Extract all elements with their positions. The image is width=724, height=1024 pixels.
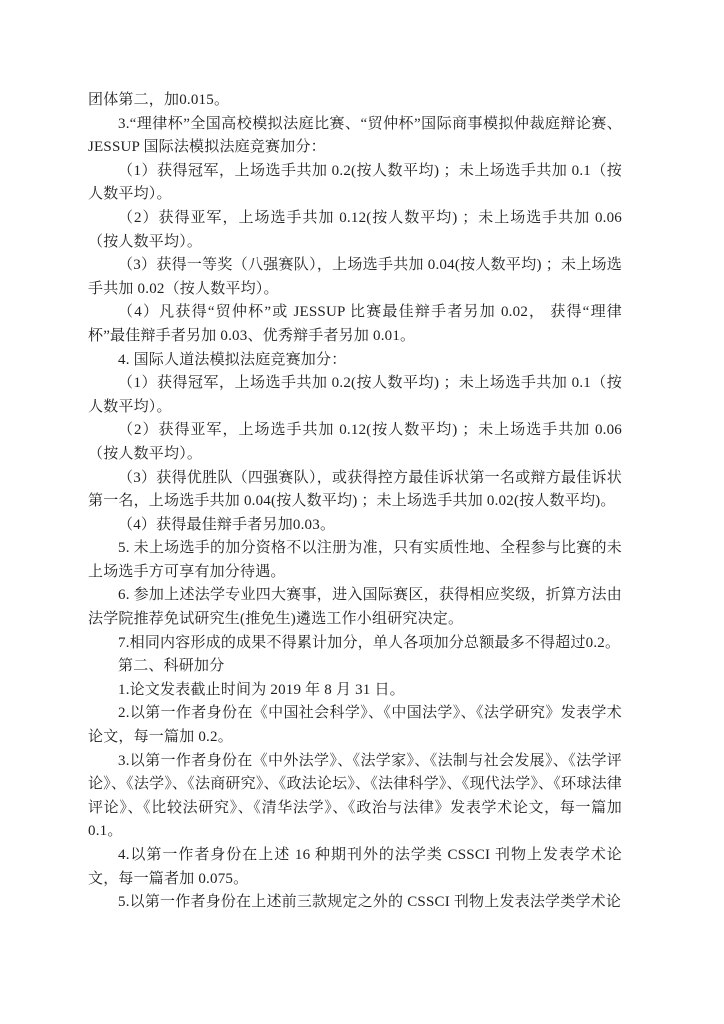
paragraph: （3）获得一等奖（八强赛队），上场选手共加 0.04(按人数平均) ；未上场选手… <box>88 254 622 301</box>
paragraph: （3）获得优胜队（四强赛队），或获得控方最佳诉状第一名或辩方最佳诉状第一名，上场… <box>88 467 622 514</box>
paragraph: （4）凡获得“贸仲杯”或 JESSUP 比赛最佳辩手者另加 0.02， 获得“理… <box>88 301 622 348</box>
paragraph: 1.论文发表截止时间为 2019 年 8 月 31 日。 <box>88 679 622 703</box>
paragraph: 团体第二，加0.015。 <box>88 89 622 113</box>
document-page: 团体第二，加0.015。3.“理律杯”全国高校模拟法庭比赛、“贸仲杯”国际商事模… <box>0 0 724 1024</box>
paragraph: （2）获得亚军，上场选手共加 0.12(按人数平均) ；未上场选手共加 0.06… <box>88 419 622 466</box>
paragraph: （2）获得亚军，上场选手共加 0.12(按人数平均) ；未上场选手共加 0.06… <box>88 207 622 254</box>
paragraph: 3.以第一作者身份在《中外法学》、《法学家》、《法制与社会发展》、《法学评论》、… <box>88 750 622 844</box>
paragraph: （4）获得最佳辩手者另加0.03。 <box>88 514 622 538</box>
section-heading: 第二、科研加分 <box>88 655 622 679</box>
paragraph: 4.以第一作者身份在上述 16 种期刊外的法学类 CSSCI 刊物上发表学术论文… <box>88 844 622 891</box>
paragraph: 2.以第一作者身份在《中国社会科学》、《中国法学》、《法学研究》发表学术论文，每… <box>88 702 622 749</box>
paragraph: 5.以第一作者身份在上述前三款规定之外的 CSSCI 刊物上发表法学类学术论 <box>88 891 622 915</box>
document-body: 团体第二，加0.015。3.“理律杯”全国高校模拟法庭比赛、“贸仲杯”国际商事模… <box>88 89 622 915</box>
paragraph: 3.“理律杯”全国高校模拟法庭比赛、“贸仲杯”国际商事模拟仲裁庭辩论赛、JESS… <box>88 113 622 160</box>
paragraph: 4. 国际人道法模拟法庭竞赛加分： <box>88 349 622 373</box>
paragraph: （1）获得冠军，上场选手共加 0.2(按人数平均) ；未上场选手共加 0.1（按… <box>88 160 622 207</box>
paragraph: 6. 参加上述法学专业四大赛事，进入国际赛区，获得相应奖级，折算方法由法学院推荐… <box>88 584 622 631</box>
paragraph: （1）获得冠军，上场选手共加 0.2(按人数平均) ；未上场选手共加 0.1（按… <box>88 372 622 419</box>
paragraph: 5. 未上场选手的加分资格不以注册为准，只有实质性地、全程参与比赛的未上场选手方… <box>88 537 622 584</box>
paragraph: 7.相同内容形成的成果不得累计加分，单人各项加分总额最多不得超过0.2。 <box>88 632 622 656</box>
